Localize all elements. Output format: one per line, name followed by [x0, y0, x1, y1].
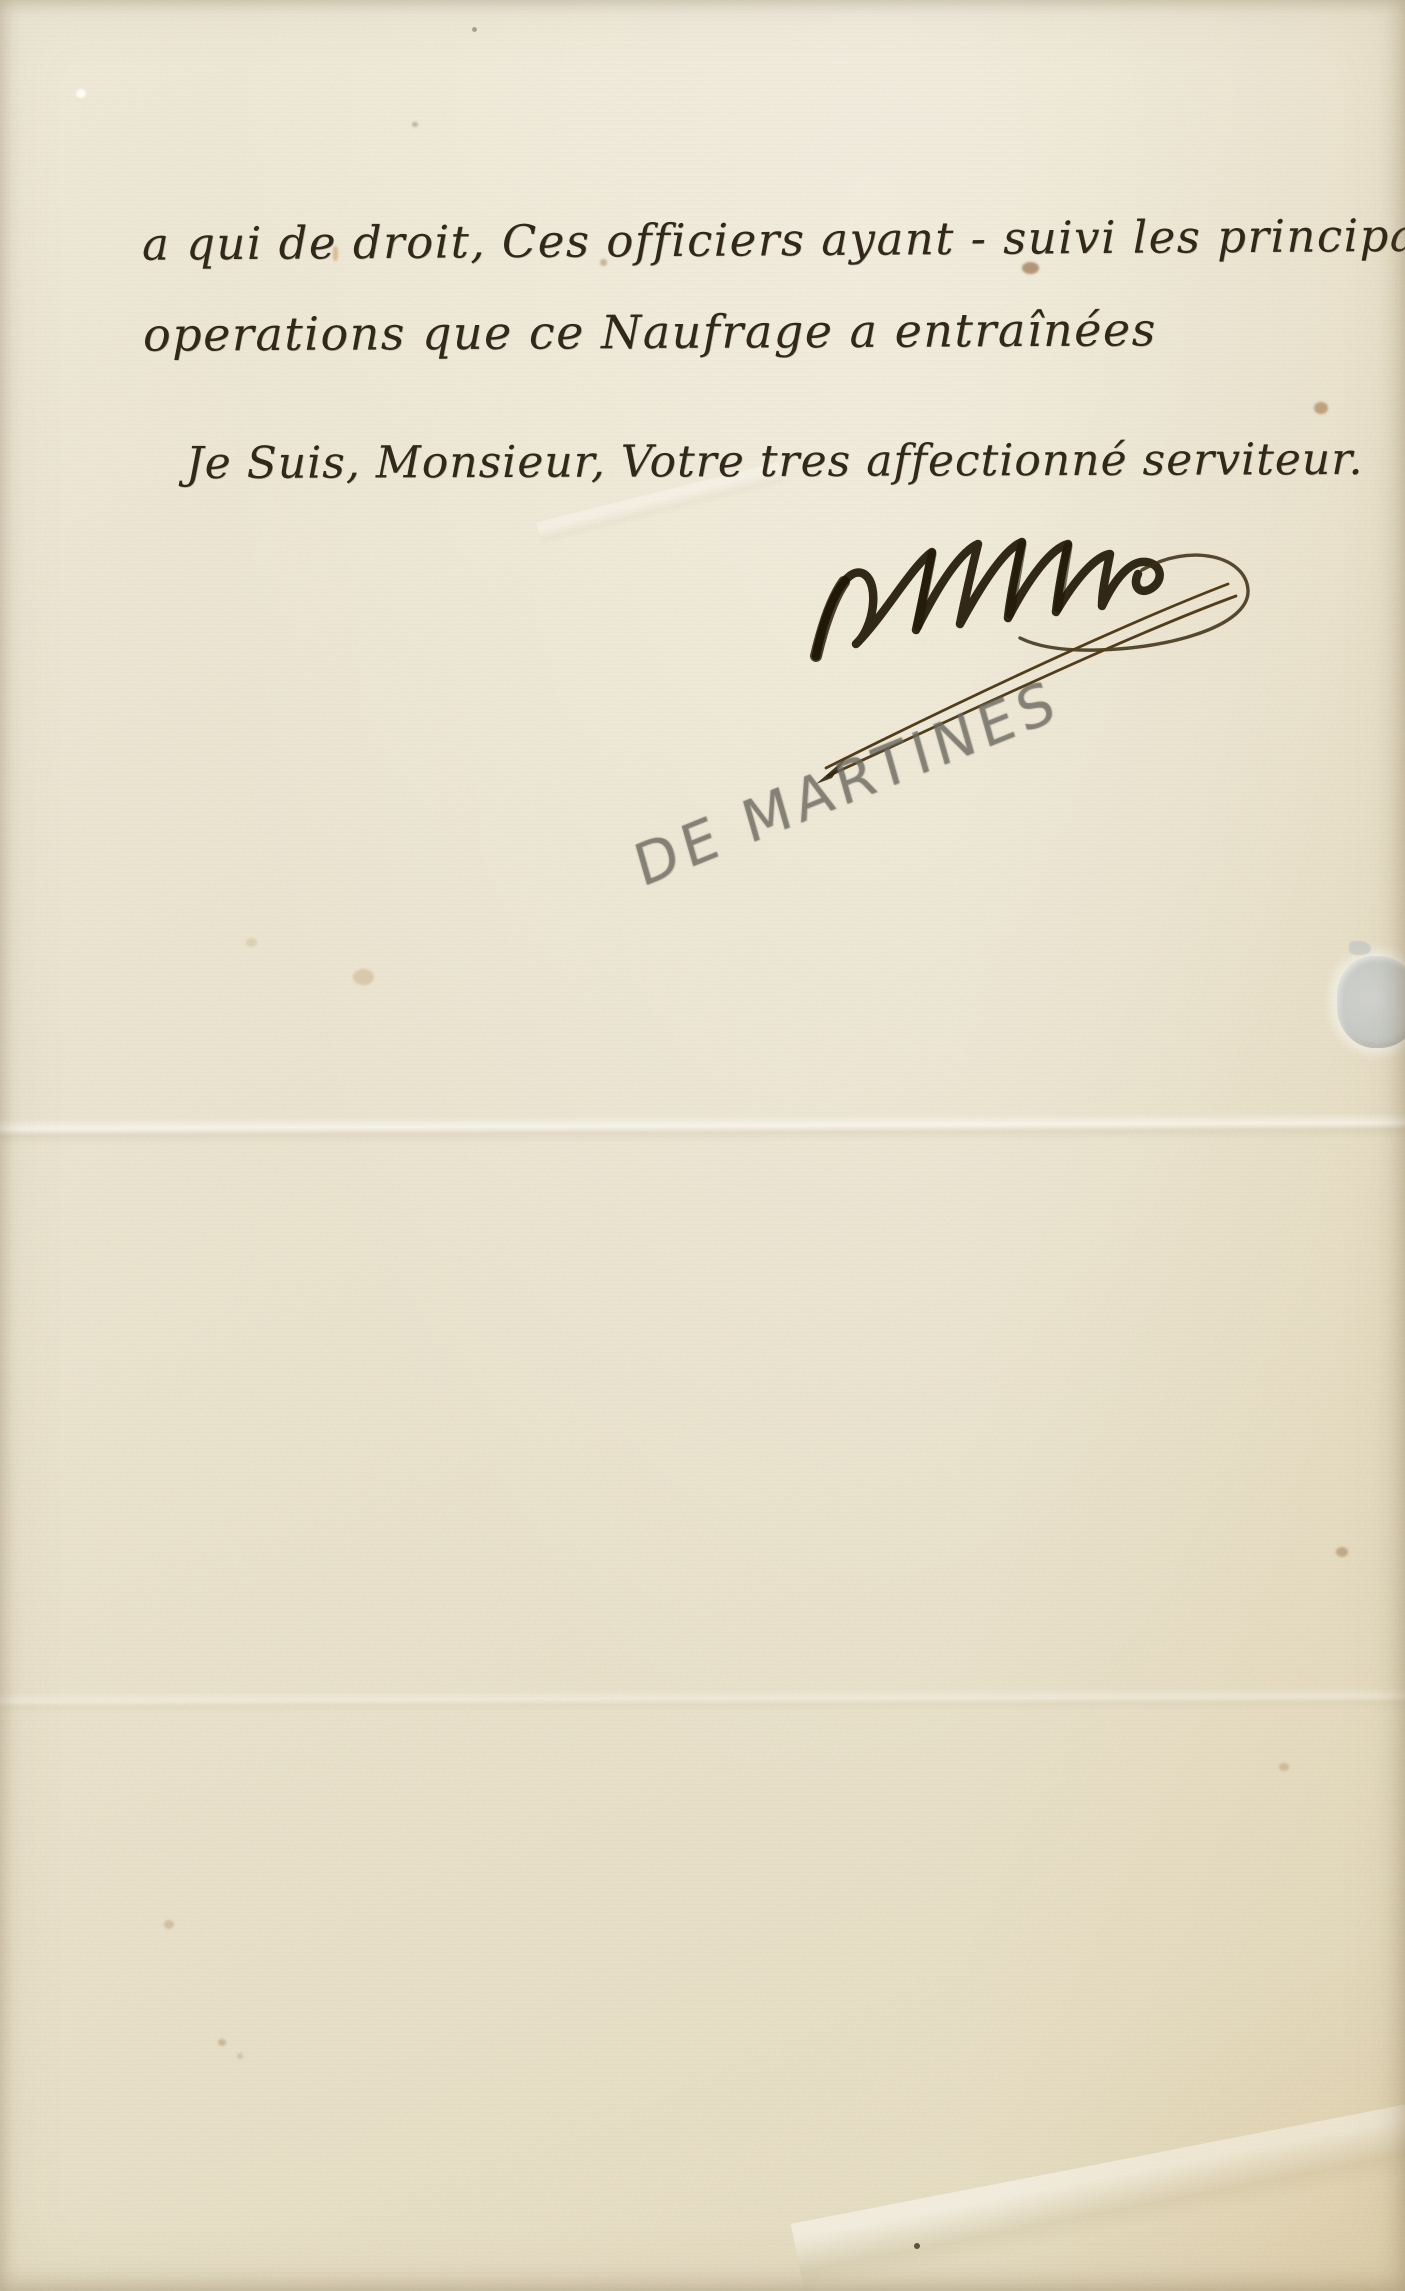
aged-corner-tint — [985, 1931, 1405, 2291]
foxing-spot — [246, 938, 257, 947]
foxing-spot — [412, 122, 418, 127]
foxing-spot — [1336, 1547, 1348, 1557]
seal-residue-fragment — [1349, 941, 1371, 955]
foxing-spot — [1314, 402, 1328, 414]
seal-residue-blob — [1337, 956, 1405, 1048]
foxing-spot — [218, 2039, 226, 2046]
letter-page: a qui de droit, Ces officiers ayant - su… — [0, 0, 1405, 2291]
horizontal-fold-crease — [0, 1688, 1405, 1715]
signature-scrawl-accent — [816, 582, 844, 656]
diagonal-corner-crease — [791, 2067, 1405, 2291]
signature-scrawl — [816, 542, 1160, 656]
ink-speck — [914, 2243, 920, 2249]
foxing-spot — [1279, 1763, 1289, 1771]
handwritten-line-2: operations que ce Naufrage a entraînées — [143, 302, 1157, 361]
ink-speck — [472, 27, 477, 32]
foxing-spot — [164, 1920, 174, 1929]
horizontal-fold-crease — [0, 1113, 1405, 1145]
foxing-spot — [237, 2053, 243, 2059]
handwritten-line-1: a qui de droit, Ces officiers ayant - su… — [142, 208, 1405, 270]
paper-flaw-white-spot — [76, 89, 86, 98]
foxing-spot — [353, 969, 374, 985]
